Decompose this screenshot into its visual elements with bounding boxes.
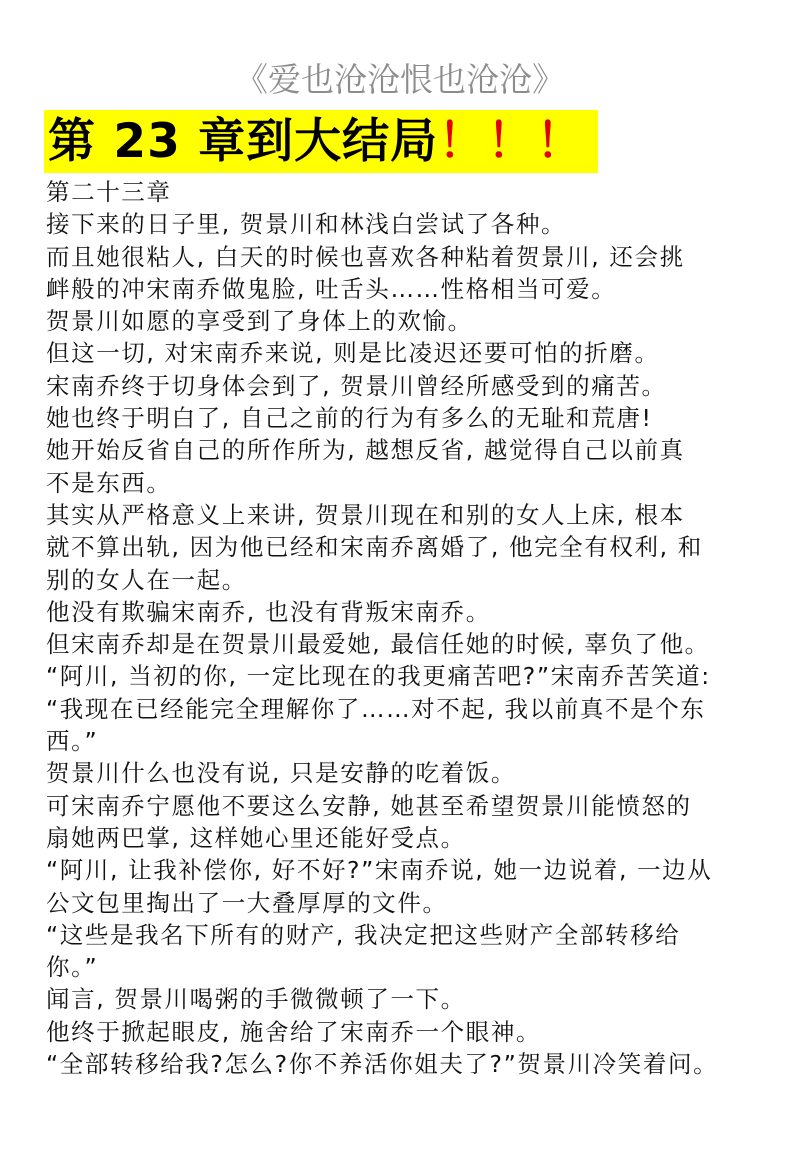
banner-text: 第 23 章到大结局: [44, 110, 438, 173]
text-line: 但这一切, 对宋南乔来说, 则是比凌迟还要可怕的折磨。: [46, 337, 766, 369]
text-line: 你。”: [46, 951, 766, 983]
text-line: 他终于掀起眼皮, 施舍给了宋南乔一个眼神。: [46, 1016, 766, 1048]
text-line: 闻言, 贺景川喝粥的手微微顿了一下。: [46, 983, 766, 1015]
text-line: 公文包里掏出了一大叠厚厚的文件。: [46, 887, 766, 919]
chapter-body: 第二十三章 接下来的日子里, 贺景川和林浅白尝试了各种。 而且她很粘人, 白天的…: [46, 176, 766, 1080]
chapter-heading: 第二十三章: [46, 176, 766, 208]
text-line: “阿川, 让我补偿你, 好不好?”宋南乔说, 她一边说着, 一边从: [46, 854, 766, 886]
text-line: 而且她很粘人, 白天的时候也喜欢各种粘着贺景川, 还会挑: [46, 241, 766, 273]
text-line: 但宋南乔却是在贺景川最爱她, 最信任她的时候, 辜负了他。: [46, 628, 766, 660]
text-line: 衅般的冲宋南乔做鬼脸, 吐舌头……性格相当可爱。: [46, 273, 766, 305]
text-line: 他没有欺骗宋南乔, 也没有背叛宋南乔。: [46, 596, 766, 628]
text-line: 她也终于明白了, 自己之前的行为有多么的无耻和荒唐!: [46, 402, 766, 434]
text-line: 她开始反省自己的所作所为, 越想反省, 越觉得自己以前真: [46, 434, 766, 466]
text-line: 贺景川什么也没有说, 只是安静的吃着饭。: [46, 757, 766, 789]
book-title: 《爱也沧沧恨也沧沧》: [0, 58, 800, 102]
text-line: “这些是我名下所有的财产, 我决定把这些财产全部转移给: [46, 919, 766, 951]
text-line: “阿川, 当初的你, 一定比现在的我更痛苦吧?”宋南乔苦笑道:: [46, 660, 766, 692]
text-line: 不是东西。: [46, 467, 766, 499]
text-line: 宋南乔终于切身体会到了, 贺景川曾经所感受到的痛苦。: [46, 370, 766, 402]
text-line: 其实从严格意义上来讲, 贺景川现在和别的女人上床, 根本: [46, 499, 766, 531]
text-line: 贺景川如愿的享受到了身体上的欢愉。: [46, 305, 766, 337]
text-line: 别的女人在一起。: [46, 564, 766, 596]
text-line: 扇她两巴掌, 这样她心里还能好受点。: [46, 822, 766, 854]
exclamation-marks: ！！！: [438, 110, 585, 173]
text-line: 西。”: [46, 725, 766, 757]
chapter-range-banner: 第 23 章到大结局 ！！！: [44, 110, 598, 173]
text-line: 接下来的日子里, 贺景川和林浅白尝试了各种。: [46, 208, 766, 240]
text-line: “全部转移给我?怎么?你不养活你姐夫了?”贺景川冷笑着问。: [46, 1048, 766, 1080]
text-line: 可宋南乔宁愿他不要这么安静, 她甚至希望贺景川能愤怒的: [46, 790, 766, 822]
text-line: “我现在已经能完全理解你了……对不起, 我以前真不是个东: [46, 693, 766, 725]
text-line: 就不算出轨, 因为他已经和宋南乔离婚了, 他完全有权利, 和: [46, 531, 766, 563]
